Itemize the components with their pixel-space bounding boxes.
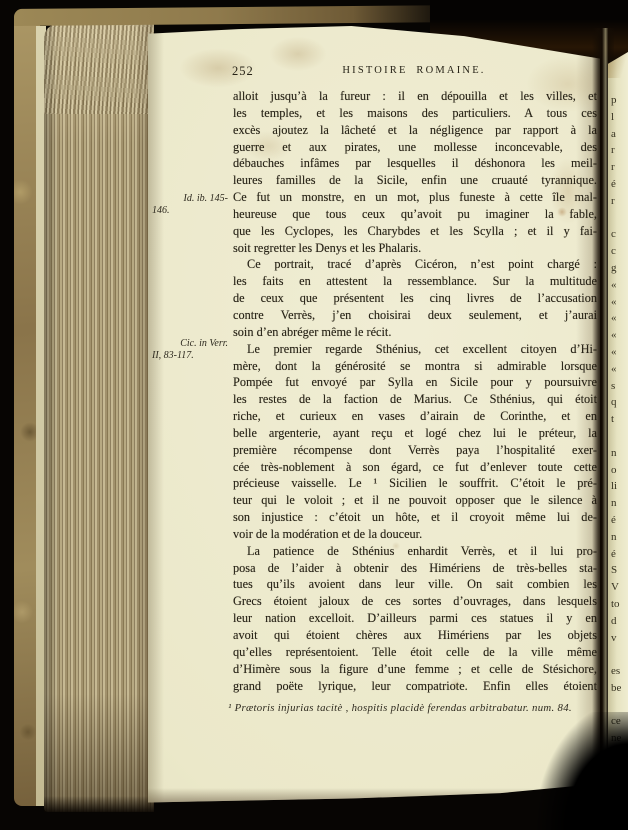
facing-page-text-fragment: n: [611, 495, 621, 512]
text-line: Le premier regarde Sthénius, cet excelle…: [233, 341, 597, 358]
facing-page-text-fragment: li: [611, 478, 621, 495]
text-line: qu’elles représentoient. Telle étoit cel…: [233, 644, 597, 661]
facing-page-text-fragment: é: [611, 546, 621, 563]
text-line: contre Verrès, j’en choisirai deux seule…: [233, 307, 597, 324]
text-line: les temples, et les maisons des particul…: [233, 105, 597, 122]
bottom-gutter-shadow: [536, 712, 628, 830]
facing-page-text-fragment: c: [611, 226, 621, 243]
facing-page-text-fragment: [611, 697, 621, 714]
text-line: débauches infâmes par lesquelles il désh…: [233, 155, 597, 172]
facing-page-fragments: plarrérccg««««««sqtnolinénéSVtodvesbecen…: [611, 92, 621, 747]
text-line: précieuse vaisselle. Le ¹ Sicilien le so…: [233, 475, 597, 492]
facing-page-text-fragment: t: [611, 411, 621, 428]
text-line: riche, et curieux en vases d’airain de C…: [233, 408, 597, 425]
facing-page-text-fragment: s: [611, 378, 621, 395]
margin-note-line: 146.: [152, 205, 228, 217]
facing-page-text-fragment: é: [611, 176, 621, 193]
facing-page-text-fragment: d: [611, 613, 621, 630]
facing-page-text-fragment: es: [611, 663, 621, 680]
facing-page-text-fragment: c: [611, 243, 621, 260]
facing-page-text-fragment: r: [611, 193, 621, 210]
text-line: La patience de Sthénius enhardit Verrès,…: [233, 543, 597, 560]
text-line: Grecs étoient jaloux de ces sortes d’ouv…: [233, 593, 597, 610]
text-line: alloit jusqu’à la fureur : il en dépouil…: [233, 88, 597, 105]
facing-page-text-fragment: [611, 646, 621, 663]
facing-page-text-fragment: «: [611, 361, 621, 378]
margin-note: Id. ib. 145-146.: [152, 193, 228, 216]
margin-note-line: II, 83-117.: [152, 350, 228, 362]
text-line: d’Himère sous la figure d’une femme ; et…: [233, 661, 597, 678]
text-line: Ce portrait, tracé d’après Cicéron, n’es…: [233, 256, 597, 273]
text-line: les faits en attestent la ressemblance. …: [233, 273, 597, 290]
text-line: guerre et aux pirates, une mollesse inco…: [233, 139, 597, 156]
facing-page-text-fragment: n: [611, 445, 621, 462]
facing-page-text-fragment: p: [611, 92, 621, 109]
text-line: soin d’en abréger même le récit.: [233, 324, 597, 341]
text-line: Ce fut un monstre, en un mot, plus funes…: [233, 189, 597, 206]
facing-page-text-fragment: o: [611, 462, 621, 479]
text-line: cée très-noblement à son égard, ce fut d…: [233, 459, 597, 476]
margin-note-line: Id. ib. 145-: [152, 193, 228, 205]
facing-page-text-fragment: be: [611, 680, 621, 697]
text-line: soit regretter les Denys et les Phalaris…: [233, 240, 597, 257]
text-line: les restes de la faction de Marius. Ce S…: [233, 391, 597, 408]
book-page: 252 HISTOIRE ROMAINE. Id. ib. 145-146. C…: [148, 26, 600, 804]
facing-page-text-fragment: «: [611, 294, 621, 311]
margin-note-line: Cic. in Verr.: [152, 338, 228, 350]
text-line: mère, dont la générosité se montra si ad…: [233, 358, 597, 375]
text-line: teur qui le voloit ; et il ne pouvoit op…: [233, 492, 597, 509]
margin-note: Cic. in Verr.II, 83-117.: [152, 338, 228, 361]
text-line: grand poëte lyrique, leur compatriote. E…: [233, 678, 597, 695]
photo-background: 252 HISTOIRE ROMAINE. Id. ib. 145-146. C…: [0, 0, 628, 830]
text-line: heureuse que tous ceux qu’avoit pu imagi…: [233, 206, 597, 223]
facing-page-text-fragment: V: [611, 579, 621, 596]
facing-page-text-fragment: «: [611, 277, 621, 294]
facing-page-text-fragment: «: [611, 344, 621, 361]
facing-page-text-fragment: q: [611, 394, 621, 411]
text-line: belle argenterie, ayant reçu et logé che…: [233, 425, 597, 442]
facing-page-text-fragment: l: [611, 109, 621, 126]
text-line: Pompée fut envoyé par Sylla en Sicile po…: [233, 374, 597, 391]
body-text: alloit jusqu’à la fureur : il en dépouil…: [233, 88, 597, 694]
page-edges-stack: [44, 24, 154, 812]
text-line: voir de la modération et de la douceur.: [233, 526, 597, 543]
facing-page-text-fragment: «: [611, 310, 621, 327]
facing-page-text-fragment: «: [611, 327, 621, 344]
facing-page-text-fragment: v: [611, 630, 621, 647]
text-line: excès ajoutez la lâcheté et la négligenc…: [233, 122, 597, 139]
facing-page-text-fragment: [611, 210, 621, 227]
facing-page-text-fragment: r: [611, 159, 621, 176]
book-cover-top-edge: [14, 5, 466, 26]
facing-page-edge: plarrérccg««««««sqtnolinénéSVtodvesbecen…: [608, 52, 628, 796]
facing-page-text-fragment: n: [611, 529, 621, 546]
facing-page-text-fragment: r: [611, 142, 621, 159]
running-title: HISTOIRE ROMAINE.: [232, 65, 596, 76]
facing-page-text-fragment: a: [611, 126, 621, 143]
page-header: 252 HISTOIRE ROMAINE.: [148, 64, 600, 80]
text-line: son injustice : c’étoit un hôte, et il c…: [233, 509, 597, 526]
text-line: que les Cyclopes, les Charybdes et les S…: [233, 223, 597, 240]
text-line: avoit qui étoient chères aux Himériens p…: [233, 627, 597, 644]
text-line: leur nation excelloit. D’ailleurs parmi …: [233, 610, 597, 627]
text-line: leures familles de la Sicile, enfin une …: [233, 172, 597, 189]
facing-page-text-fragment: S: [611, 562, 621, 579]
text-line: tues qu’ils avoient dans leur ville. On …: [233, 576, 597, 593]
facing-page-text-fragment: g: [611, 260, 621, 277]
text-line: posa de l’aider à obtenir des Himériens …: [233, 560, 597, 577]
text-line: première récompense dont Verrès paya l’h…: [233, 442, 597, 459]
text-line: de ceux que présentent les cinq livres d…: [233, 290, 597, 307]
facing-page-text-fragment: to: [611, 596, 621, 613]
facing-page-text-fragment: [611, 428, 621, 445]
facing-page-text-fragment: é: [611, 512, 621, 529]
